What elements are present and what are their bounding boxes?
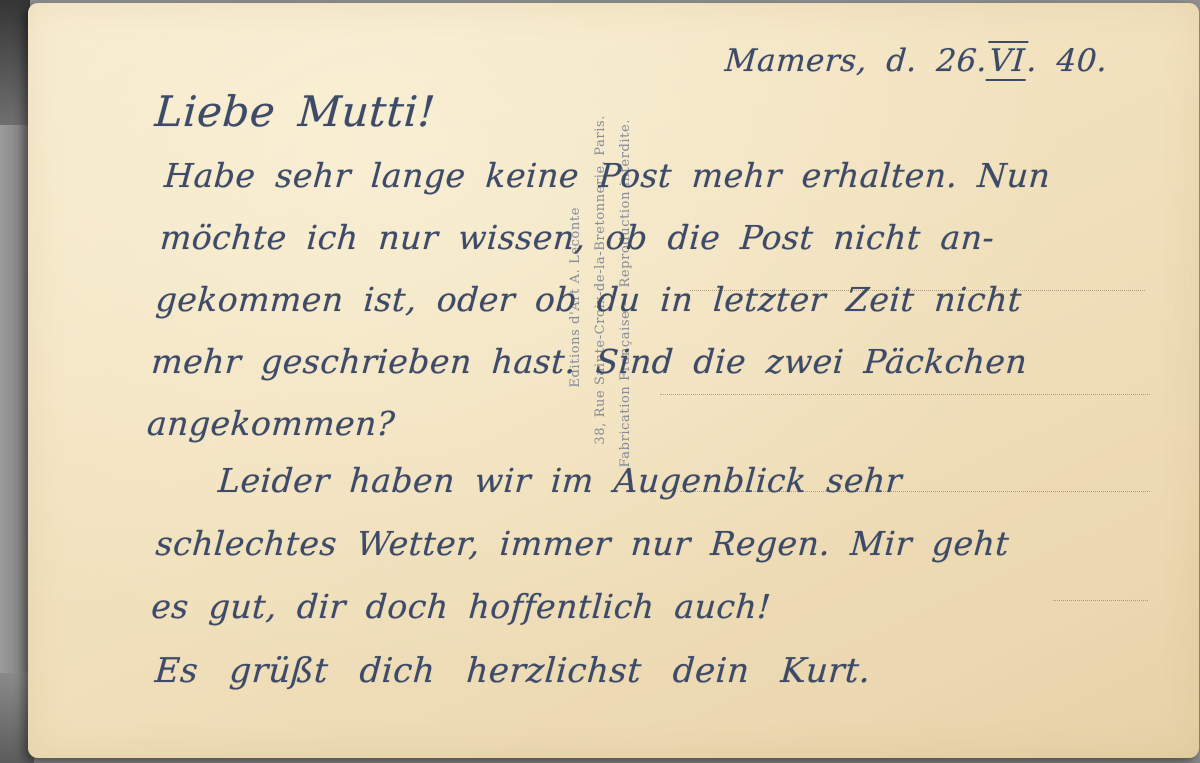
- handwritten-line: es gut, dir doch hoffentlich auch!: [148, 587, 1156, 650]
- handwritten-line: möchte ich nur wissen, ob die Post nicht…: [157, 218, 1165, 280]
- handwritten-dateline: Mamers, d. 26.VI. 40.: [723, 43, 1108, 79]
- postcard-back: Editions d'Art A. Leconte 38, Rue Sainte…: [28, 3, 1199, 758]
- handwritten-line: mehr geschrieben hast. Sind die zwei Päc…: [148, 342, 1156, 404]
- handwritten-paragraph-2: Leider haben wir im Augenblick sehr schl…: [148, 461, 1165, 650]
- handwritten-greeting: Liebe Mutti!: [153, 87, 437, 136]
- dateline-year: . 40.: [1025, 43, 1108, 79]
- dateline-place-day: Mamers, d. 26.: [723, 43, 988, 79]
- handwritten-closing-signature: Es grüßt dich herzlichst dein Kurt.: [154, 651, 872, 691]
- handwritten-paragraph-1: Habe sehr lange keine Post mehr erhalten…: [144, 156, 1170, 466]
- dateline-month-roman: VI: [985, 41, 1027, 81]
- scan-background-top-left-shadow: [0, 0, 30, 125]
- handwritten-line: Leider haben wir im Augenblick sehr: [157, 461, 1165, 524]
- handwritten-line: gekommen ist, oder ob du in letzter Zeit…: [153, 280, 1161, 342]
- handwritten-line: angekommen?: [144, 404, 1152, 466]
- handwritten-line: schlechtes Wetter, immer nur Regen. Mir …: [153, 524, 1161, 587]
- handwritten-line: Habe sehr lange keine Post mehr erhalten…: [162, 156, 1170, 218]
